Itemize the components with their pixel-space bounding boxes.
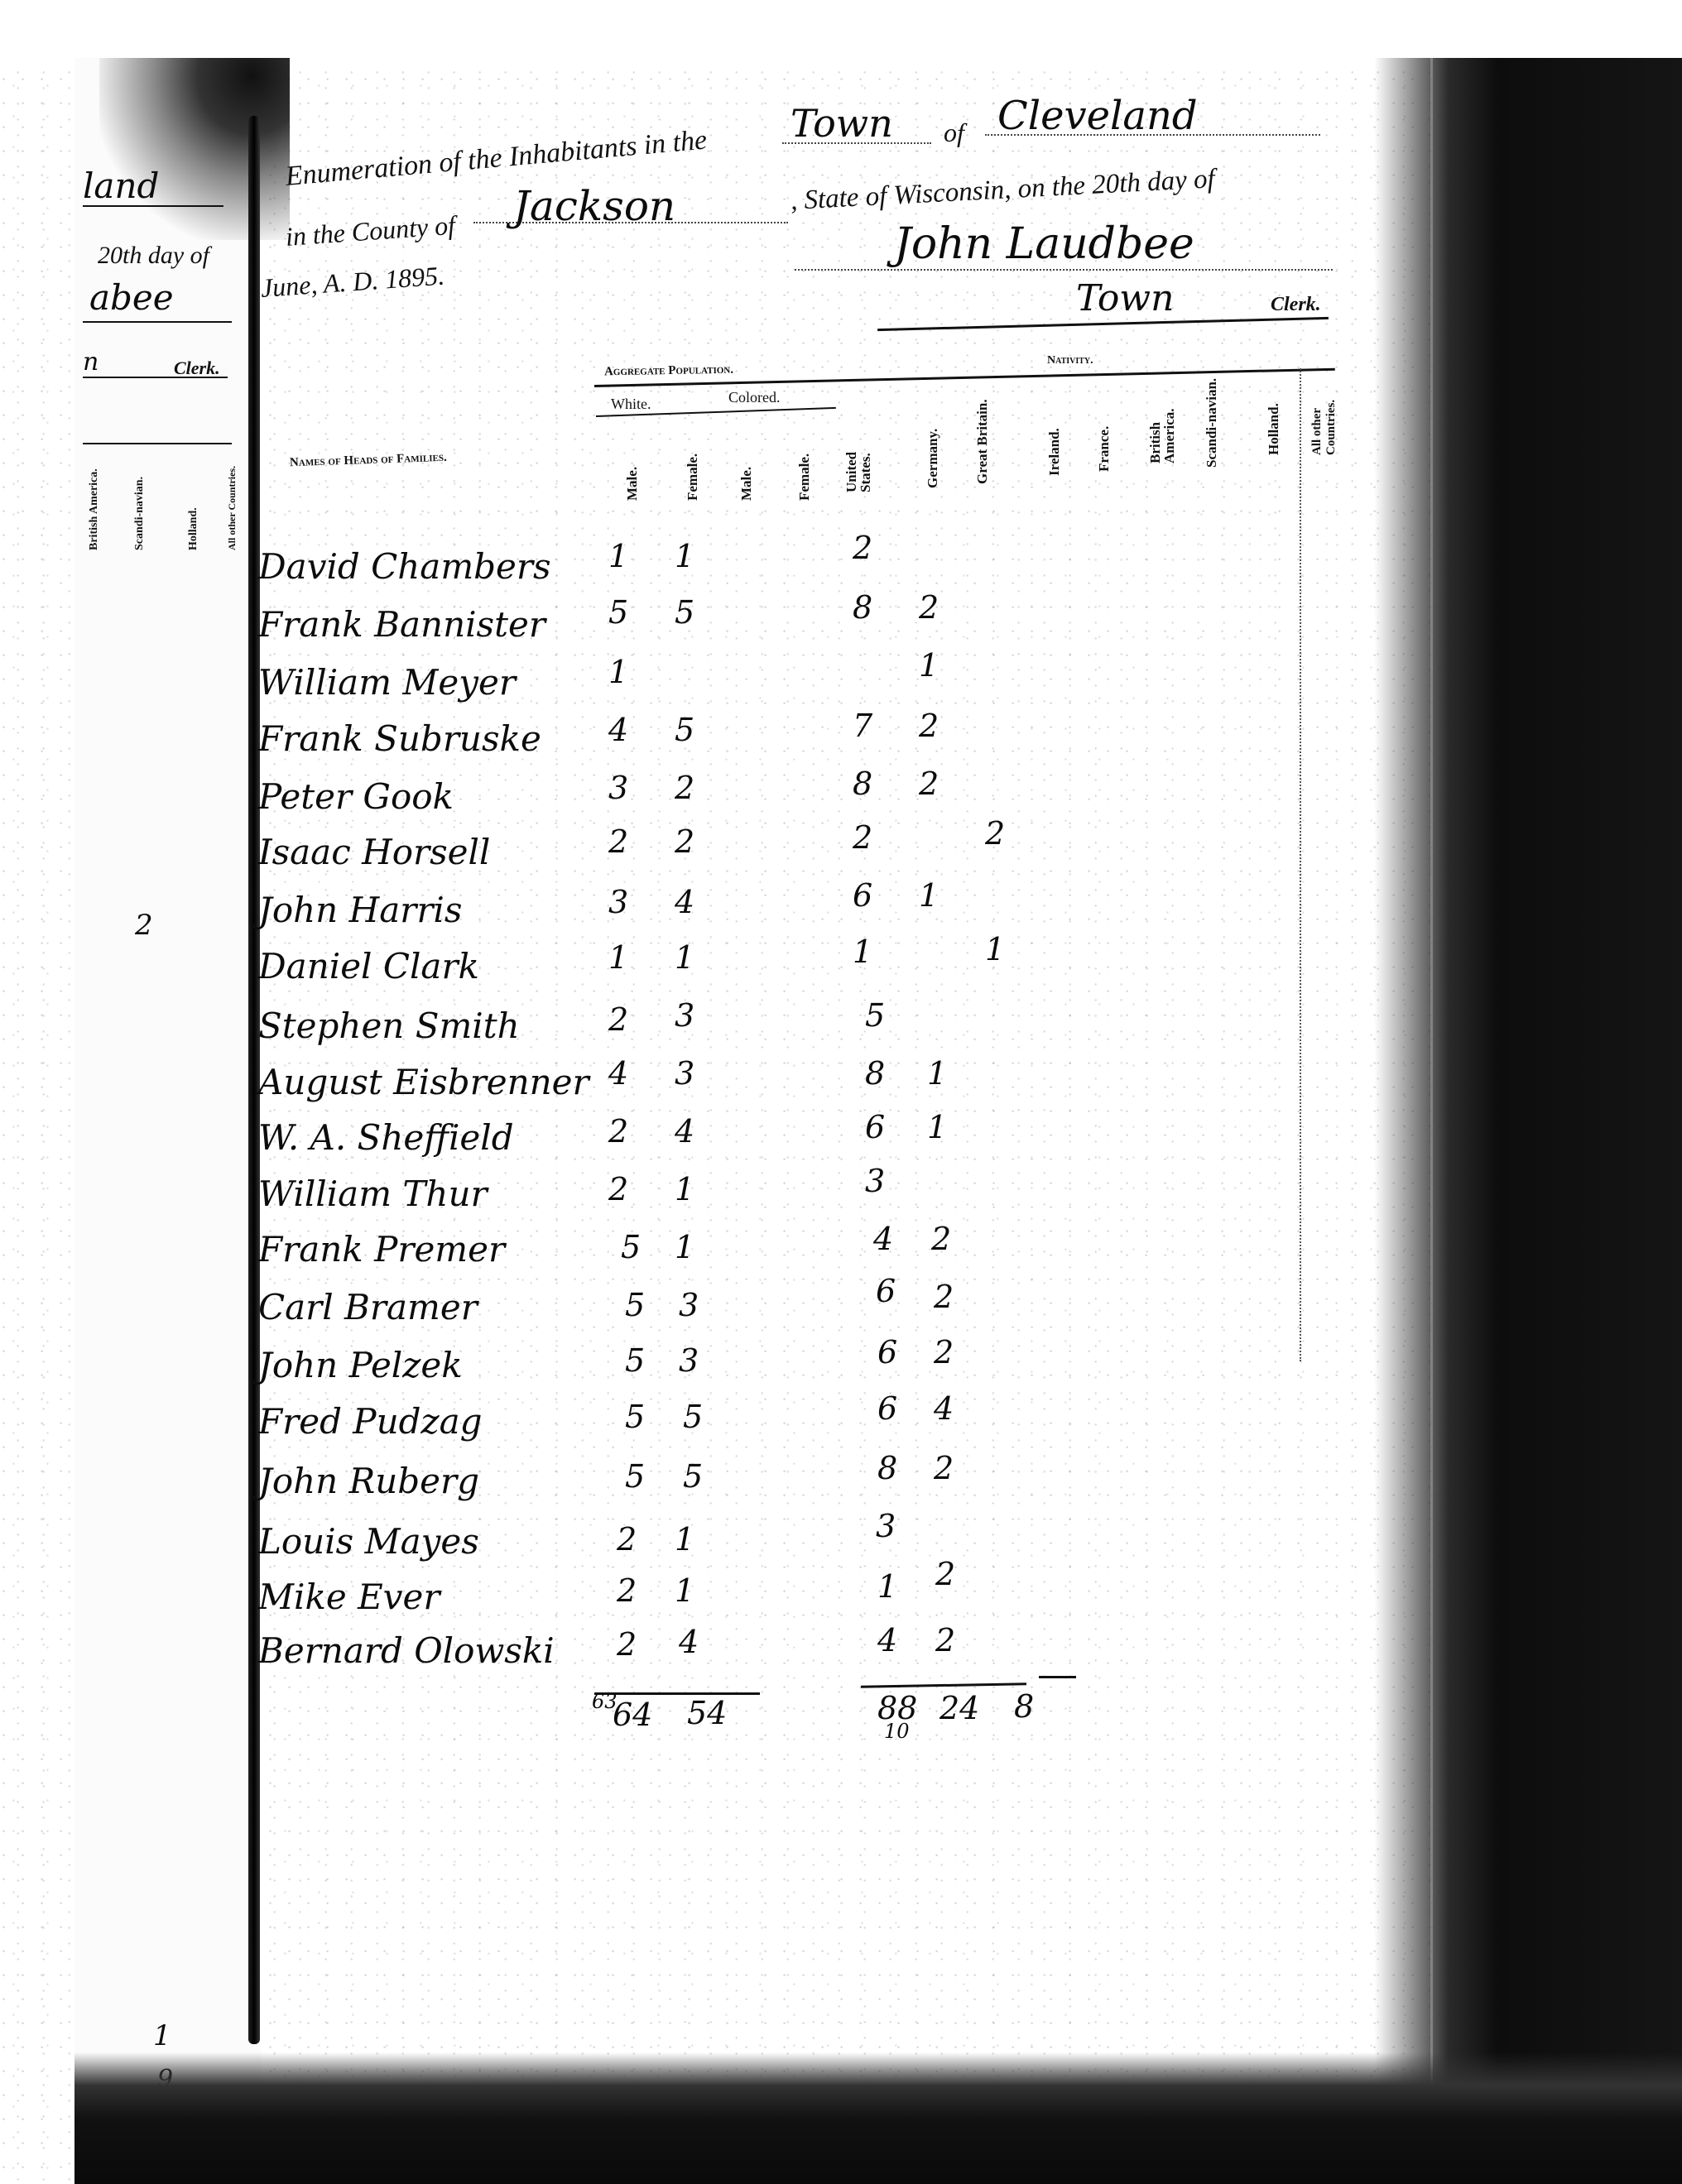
col-all-other-countries: All other Countries. (1310, 364, 1340, 455)
title-of: of (944, 118, 964, 148)
left-col-holland: Holland. (186, 459, 200, 550)
left-day-text: 20th day of (98, 242, 209, 270)
left-col-scandinavian: Scandi-navian. (132, 459, 147, 550)
left-office-fragment: n (83, 348, 99, 377)
left-bottom-note-1: 1 (153, 2019, 171, 2052)
left-col-all-other: All other Countries. (225, 459, 239, 550)
last-column-divider (1300, 368, 1303, 1361)
names-column-header: Names of Heads of Families. (290, 451, 447, 471)
clerk-label: Clerk. (1271, 294, 1321, 316)
scan-dark-edge-right (1374, 58, 1682, 2160)
left-margin-note: 2 (135, 909, 153, 942)
col-colored-female: Female. (797, 418, 811, 501)
total-white-male: 64 (613, 1697, 652, 1733)
white-subheader: White. (611, 396, 651, 413)
left-col-british-america: British America. (87, 459, 101, 550)
totals-rule-nativity (861, 1682, 1026, 1687)
col-france: France. (1097, 397, 1111, 472)
totals-rule-aggregate (594, 1692, 760, 1695)
left-rule-1 (83, 205, 223, 207)
left-rule-2 (83, 321, 232, 323)
county-name: Jackson (513, 182, 675, 230)
top-margin (0, 0, 1682, 58)
colored-subheader: Colored. (728, 389, 781, 406)
total-sub-note: 10 (884, 1720, 910, 1743)
totals-rule-extra (1039, 1676, 1076, 1678)
clerk-office: Town (1076, 277, 1174, 319)
scan-dark-edge-bottom (74, 2052, 1682, 2184)
col-white-female: Female. (685, 426, 699, 501)
aggregate-population-header: Aggregate Population. (604, 363, 733, 380)
left-header-rule (83, 443, 232, 444)
binding-shadow (99, 58, 290, 240)
left-signature-fragment: abee (89, 277, 174, 318)
clerk-signature: John Laudbee (894, 219, 1194, 269)
col-white-male: Male. (625, 439, 639, 501)
col-united-states: United States. (844, 410, 874, 492)
state-text: , State of Wisconsin, on the 20th day of (790, 164, 1216, 217)
municipality-type: Town (791, 101, 893, 146)
nativity-header: Nativity. (1047, 354, 1093, 367)
col-holland: Holland. (1266, 381, 1281, 455)
signature-line (795, 269, 1333, 271)
col-ireland: Ireland. (1047, 393, 1061, 476)
left-rule-3 (83, 377, 228, 378)
total-white-female: 54 (687, 1695, 727, 1731)
col-british-america: British America. (1148, 372, 1178, 463)
scan-page-edge-line (1430, 58, 1433, 2160)
left-page-fragment (74, 58, 261, 2160)
left-municipality-fragment: land (83, 166, 159, 206)
total-great-britain: 8 (1014, 1688, 1034, 1725)
municipality-name: Cleveland (997, 93, 1198, 139)
col-great-britain: Great Britain. (975, 385, 1005, 484)
total-germany: 24 (940, 1690, 979, 1726)
col-scandinavian: Scandi-navian. (1204, 377, 1234, 468)
col-colored-male: Male. (739, 434, 753, 501)
date-line: June, A. D. 1895. (260, 261, 446, 304)
county-prefix: in the County of (285, 210, 456, 252)
col-germany: Germany. (925, 397, 940, 488)
